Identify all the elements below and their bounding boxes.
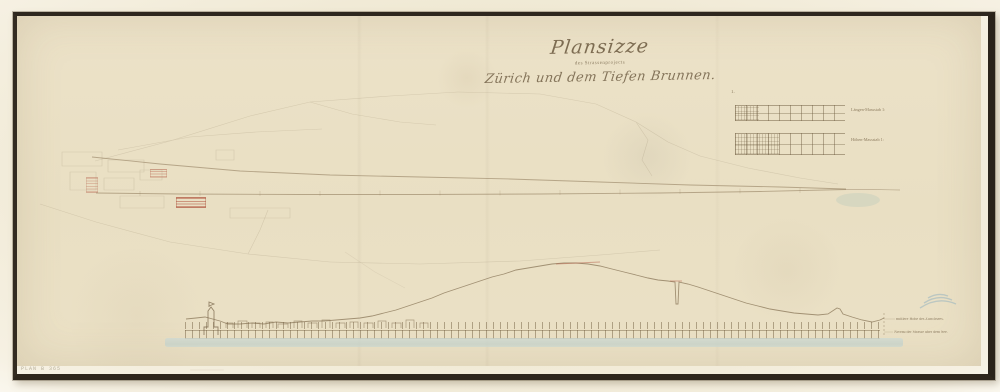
profile-annotation-road-level: Niveau der Strasse über dem See. — [894, 331, 948, 335]
frame-smudge — [190, 369, 224, 371]
station-tick-band-upper — [185, 322, 880, 329]
photographed-plan-sheet: Plansizze des Strassenprojects Zürich un… — [0, 0, 1000, 392]
scale-note: 1. — [731, 90, 735, 95]
sketch-stroke — [330, 250, 660, 264]
pencil-sketch-roads — [40, 92, 838, 288]
road-lower-line — [96, 190, 846, 195]
water-level-wash-band — [165, 338, 903, 347]
sketch-stroke — [700, 156, 838, 184]
height-scale-bar — [735, 133, 845, 155]
height-scale-label: Höhen-Massstab 1: — [851, 138, 884, 142]
sketch-stroke — [95, 92, 458, 161]
title-subtitle: des Strassenprojects — [470, 59, 730, 69]
scale-midline — [735, 113, 845, 114]
sketch-stroke — [248, 210, 268, 254]
lake-wash — [836, 193, 880, 207]
archive-stamp: PLAN B 365 — [21, 366, 61, 372]
road-upper-line — [92, 157, 846, 189]
profile-annotation-lake-level: mittlere Höhe des Zürichsees. — [896, 318, 944, 322]
main-road-alignment — [92, 157, 900, 196]
length-scale-label: Längen-Massstab 1: — [851, 108, 885, 112]
terrain-line — [186, 263, 884, 324]
sketch-stroke — [636, 122, 652, 176]
title-main: Plansizze — [468, 34, 731, 61]
terrain-red-accent — [556, 262, 682, 281]
title-block: Plansizze des Strassenprojects Zürich un… — [470, 34, 731, 88]
sketch-stroke — [310, 102, 436, 125]
sketch-stroke — [345, 252, 405, 288]
sketch-stroke — [40, 204, 330, 262]
blue-swirl-ornament — [920, 294, 956, 308]
sketch-stroke — [458, 92, 700, 156]
scale-midline — [735, 144, 845, 145]
town-building-outlines — [62, 150, 290, 218]
length-scale-bar — [735, 105, 845, 121]
road-tail-line — [846, 190, 900, 191]
